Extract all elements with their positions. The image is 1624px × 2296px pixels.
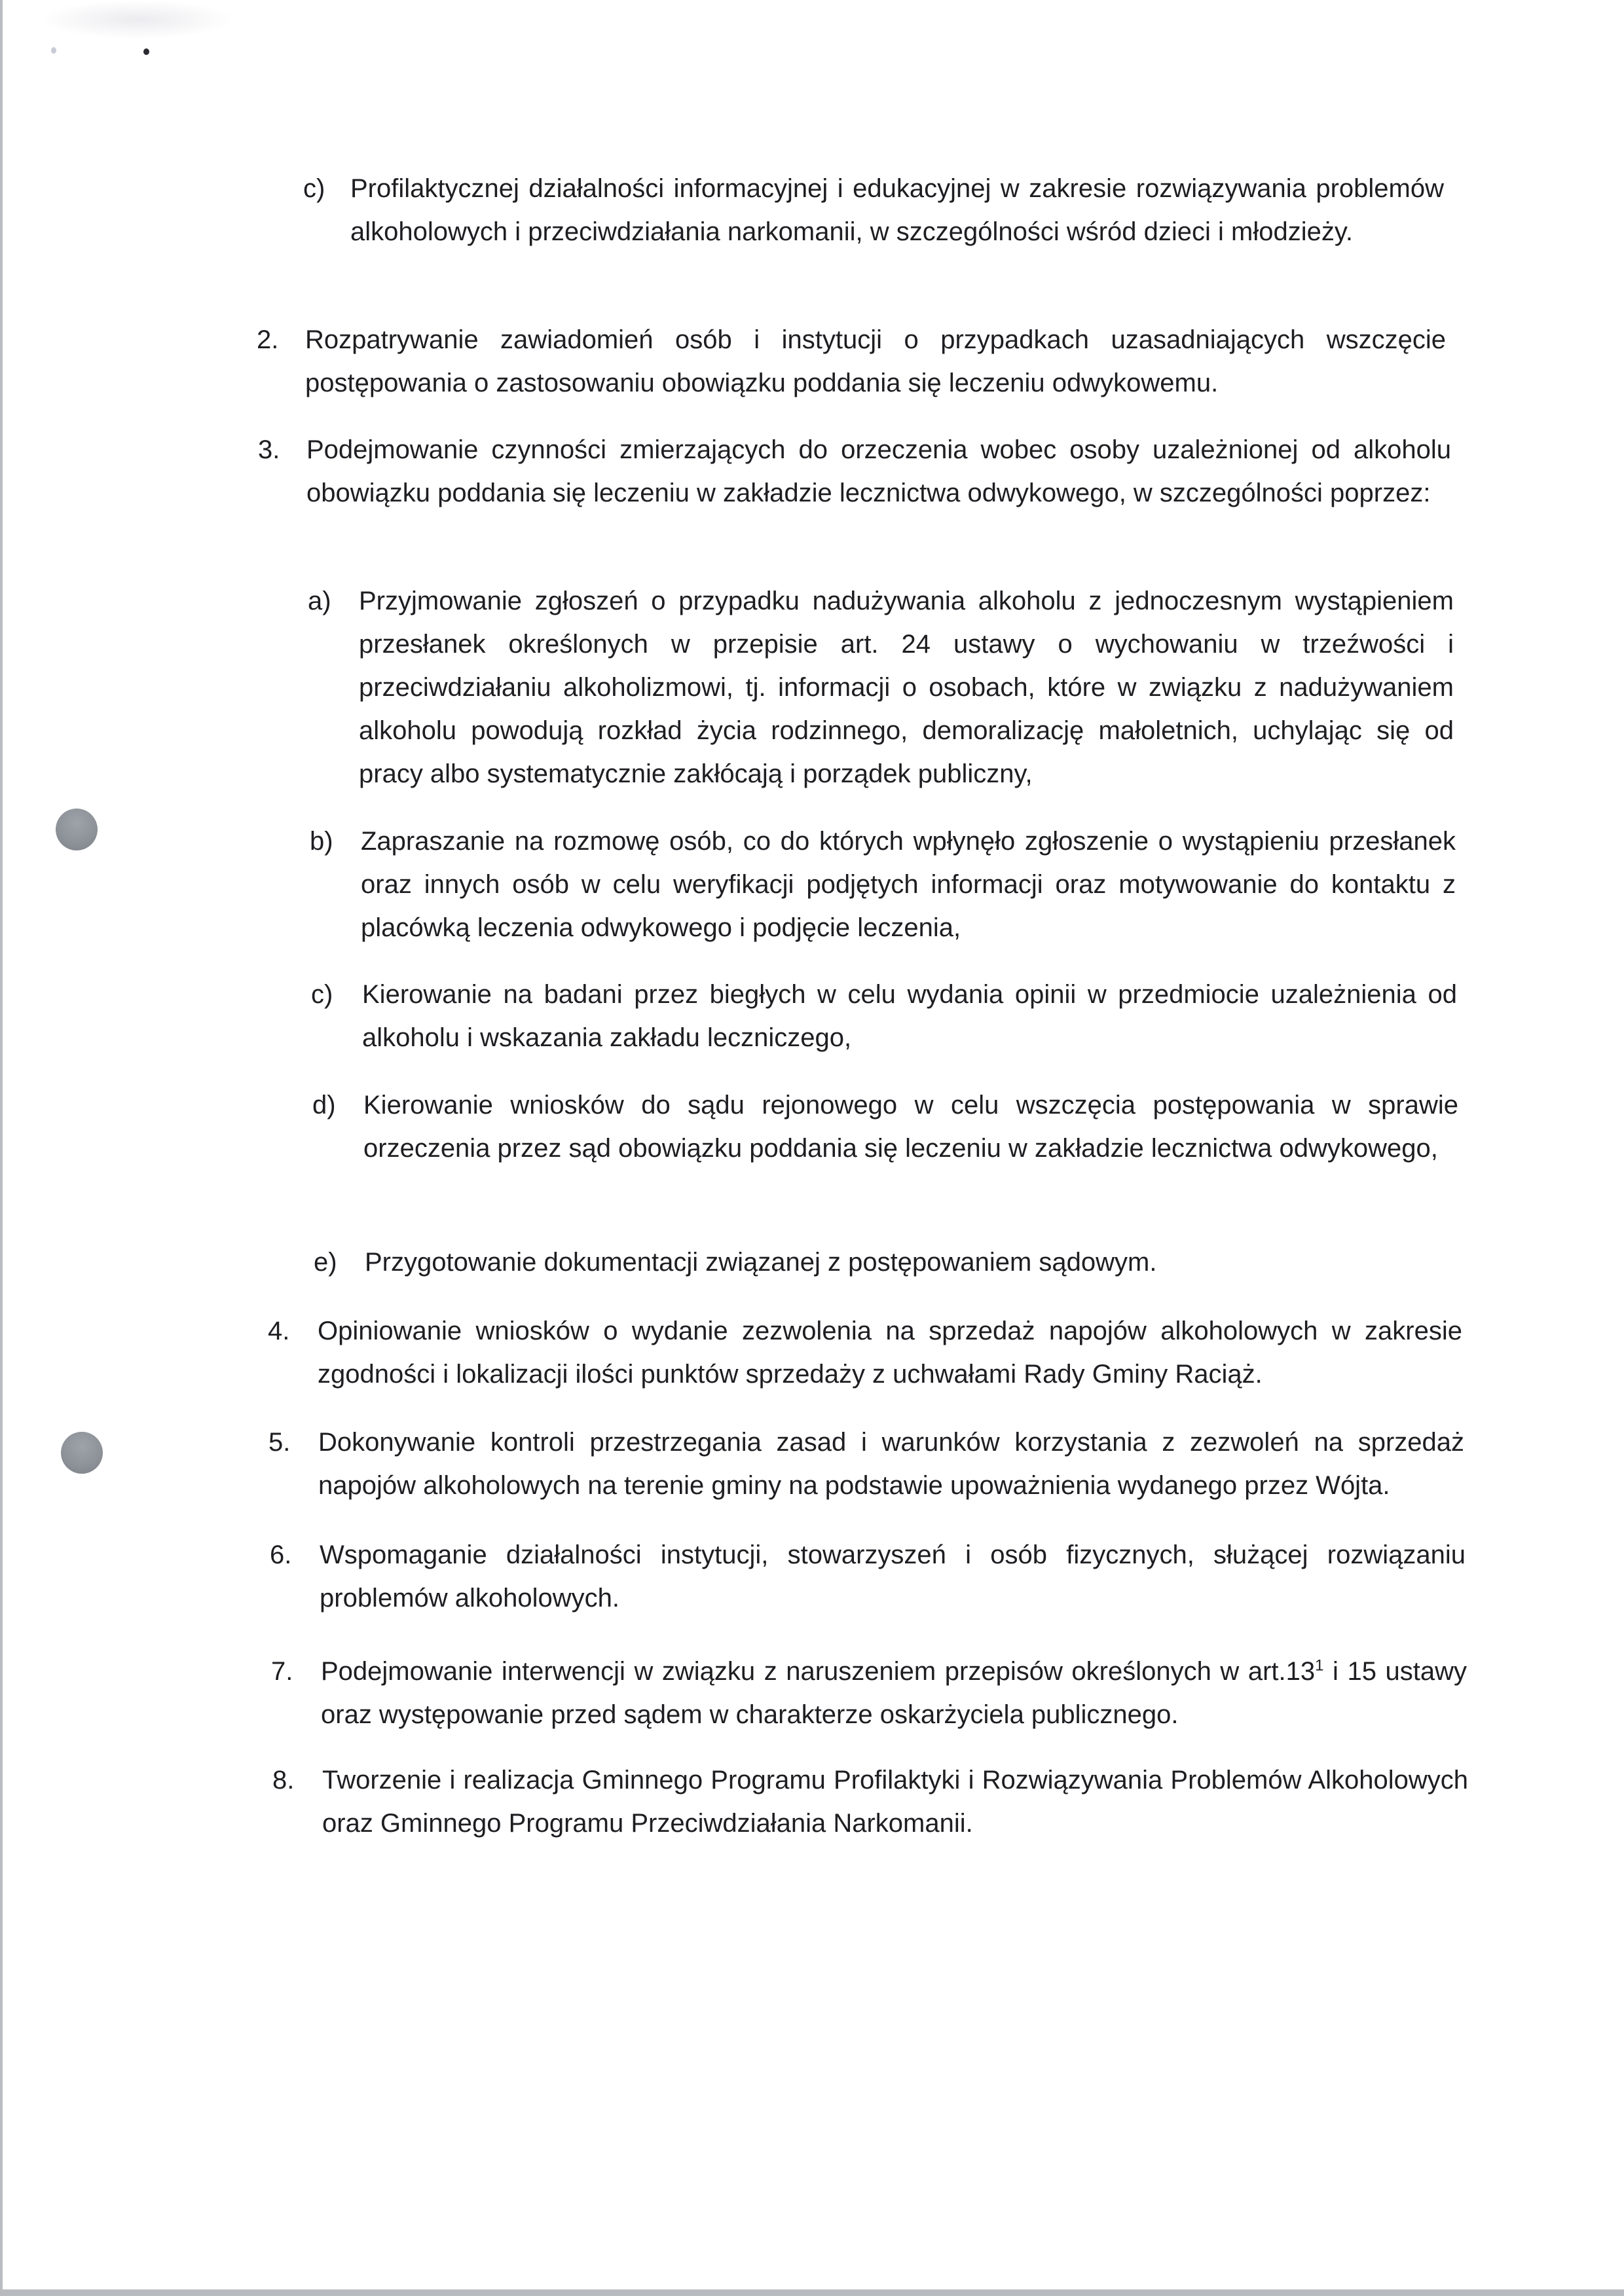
- list-item-6: 6. Wspomaganie działalności instytucji, …: [320, 1533, 1466, 1620]
- list-marker: 4.: [268, 1309, 289, 1353]
- scan-speck: [51, 47, 56, 54]
- list-item-text: Dokonywanie kontroli przestrzegania zasa…: [318, 1421, 1464, 1507]
- list-marker: 2.: [257, 318, 278, 361]
- list-item-8: 8. Tworzenie i realizacja Gminnego Progr…: [322, 1758, 1468, 1845]
- punch-hole-icon: [56, 809, 98, 850]
- list-item-text: Kierowanie na badani przez biegłych w ce…: [362, 973, 1457, 1059]
- text-before-superscript: Podejmowanie interwencji w związku z nar…: [321, 1657, 1315, 1686]
- list-item-text: Rozpatrywanie zawiadomień osób i instytu…: [305, 318, 1446, 405]
- list-marker: 5.: [268, 1421, 290, 1464]
- list-item-4: 4. Opiniowanie wniosków o wydanie zezwol…: [318, 1309, 1462, 1396]
- list-marker: 8.: [272, 1758, 294, 1802]
- sublist-item-c: c) Kierowanie na badani przez biegłych w…: [362, 973, 1457, 1059]
- list-item-text: Zapraszanie na rozmowę osób, co do który…: [361, 820, 1456, 949]
- scan-edge-left: [0, 0, 3, 2296]
- list-marker: d): [312, 1084, 336, 1127]
- list-item-text: Przygotowanie dokumentacji związanej z p…: [365, 1241, 1460, 1284]
- superscript: 1: [1315, 1657, 1323, 1675]
- list-marker: 6.: [270, 1533, 291, 1576]
- list-marker: c): [303, 167, 325, 210]
- scan-edge-bottom: [0, 2289, 1624, 2296]
- list-item-text: Profilaktycznej działalności informacyjn…: [350, 167, 1444, 253]
- list-item-text: Podejmowanie czynności zmierzających do …: [306, 428, 1451, 515]
- list-item-3: 3. Podejmowanie czynności zmierzających …: [306, 428, 1451, 515]
- scanned-page: c) Profilaktycznej działalności informac…: [0, 0, 1624, 2296]
- sublist-item-b: b) Zapraszanie na rozmowę osób, co do kt…: [361, 820, 1456, 949]
- scan-speck: [143, 48, 149, 55]
- list-marker: b): [310, 820, 333, 863]
- list-item-c-top: c) Profilaktycznej działalności informac…: [350, 167, 1444, 253]
- list-marker: c): [311, 973, 333, 1016]
- list-marker: e): [314, 1241, 337, 1284]
- list-item-text: Przyjmowanie zgłoszeń o przypadku naduży…: [359, 579, 1454, 795]
- list-item-2: 2. Rozpatrywanie zawiadomień osób i inst…: [305, 318, 1446, 405]
- list-marker: a): [308, 579, 331, 623]
- punch-hole-icon: [61, 1432, 103, 1474]
- list-item-text: Tworzenie i realizacja Gminnego Programu…: [322, 1758, 1468, 1845]
- sublist-item-e: e) Przygotowanie dokumentacji związanej …: [365, 1241, 1460, 1284]
- list-marker: 7.: [271, 1650, 293, 1693]
- scan-shadow: [39, 0, 236, 39]
- list-item-text: Podejmowanie interwencji w związku z nar…: [321, 1650, 1467, 1736]
- list-item-7: 7. Podejmowanie interwencji w związku z …: [321, 1650, 1467, 1736]
- list-item-text: Wspomaganie działalności instytucji, sto…: [320, 1533, 1466, 1620]
- list-item-text: Opiniowanie wniosków o wydanie zezwoleni…: [318, 1309, 1462, 1396]
- sublist-item-d: d) Kierowanie wniosków do sądu rejonoweg…: [363, 1084, 1458, 1170]
- list-marker: 3.: [258, 428, 280, 471]
- list-item-5: 5. Dokonywanie kontroli przestrzegania z…: [318, 1421, 1464, 1507]
- sublist-item-a: a) Przyjmowanie zgłoszeń o przypadku nad…: [359, 579, 1454, 795]
- list-item-text: Kierowanie wniosków do sądu rejonowego w…: [363, 1084, 1458, 1170]
